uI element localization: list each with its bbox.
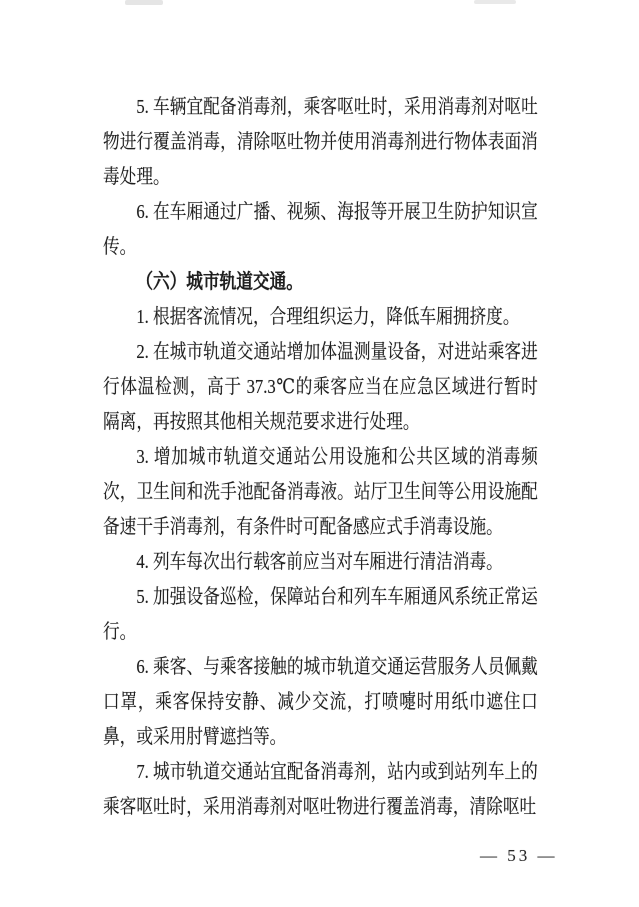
scanned-document-page: 5. 车辆宜配备消毒剂，乘客呕吐时，采用消毒剂对呕吐物进行覆盖消毒，清除呕吐物并… xyxy=(0,0,639,907)
page-number: — 53 — xyxy=(480,846,570,866)
document-body: 5. 车辆宜配备消毒剂，乘客呕吐时，采用消毒剂对呕吐物进行覆盖消毒，清除呕吐物并… xyxy=(103,90,538,825)
scan-artifact-top-left xyxy=(125,0,163,5)
paragraph: 4. 列车每次出行载客前应当对车厢进行清洁消毒。 xyxy=(103,545,538,580)
paragraph: 1. 根据客流情况，合理组织运力，降低车厢拥挤度。 xyxy=(103,300,538,335)
paragraph: 5. 车辆宜配备消毒剂，乘客呕吐时，采用消毒剂对呕吐物进行覆盖消毒，清除呕吐物并… xyxy=(103,90,538,195)
paragraph: 5. 加强设备巡检，保障站台和列车车厢通风系统正常运行。 xyxy=(103,580,538,650)
paragraph: 2. 在城市轨道交通站增加体温测量设备，对进站乘客进行体温检测，高于 37.3℃… xyxy=(103,335,538,440)
paragraph: 7. 城市轨道交通站宜配备消毒剂，站内或到站列车上的乘客呕吐时，采用消毒剂对呕吐… xyxy=(103,755,538,825)
scan-artifact-top-right xyxy=(474,0,516,4)
paragraph: 6. 乘客、与乘客接触的城市轨道交通运营服务人员佩戴口罩，乘客保持安静、减少交流… xyxy=(103,650,538,755)
paragraph: 3. 增加城市轨道交通站公用设施和公共区域的消毒频次，卫生间和洗手池配备消毒液。… xyxy=(103,440,538,545)
section-heading: （六）城市轨道交通。 xyxy=(103,265,538,300)
paragraph: 6. 在车厢通过广播、视频、海报等开展卫生防护知识宣传。 xyxy=(103,195,538,265)
